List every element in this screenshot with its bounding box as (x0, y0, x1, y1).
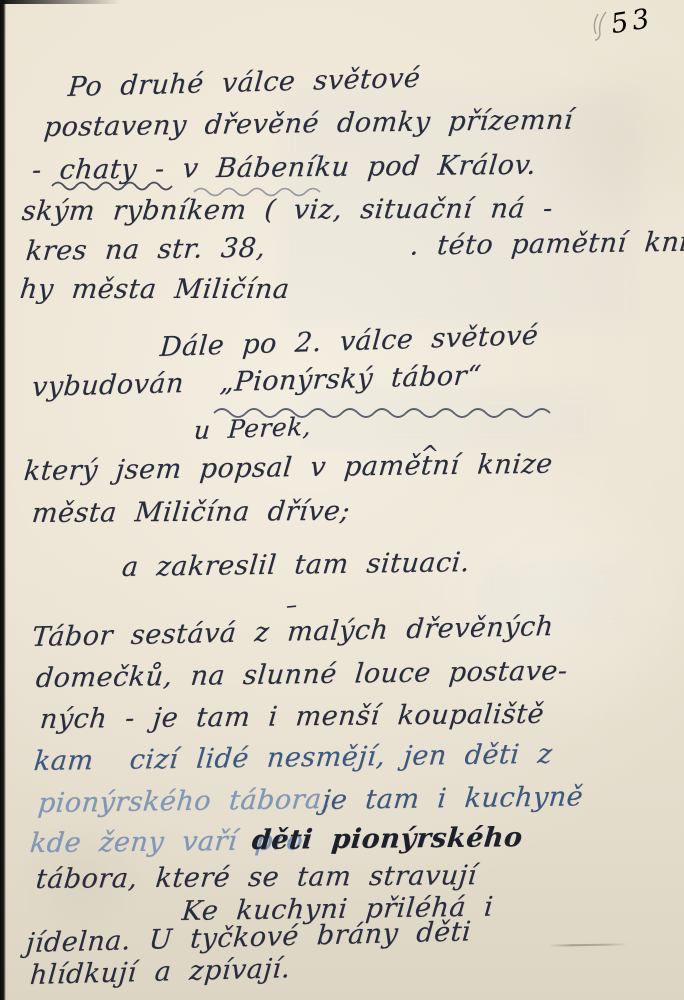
handwritten-line: děti pionýrského (251, 822, 525, 856)
handwritten-line: a zakreslil tam situaci. (121, 547, 472, 583)
handwritten-line: jídelna. U tyčkové brány děti (25, 916, 473, 959)
handwritten-line: kam cizí lidé nesmějí, jen děti z (33, 739, 554, 777)
handwritten-line: – (286, 593, 297, 619)
handwritten-line: kres na str. 38, . této pamětní kni- (25, 227, 684, 267)
handwritten-line: Tábor sestává z malých dřevěných (31, 611, 555, 653)
pencil-line (548, 943, 628, 946)
handwritten-line: ským rybníkem ( viz, situační ná - (20, 193, 554, 227)
handwritten-line: hy města Miličína (18, 274, 291, 305)
handwritten-line: který jsem popsal v pamětní knize (23, 449, 554, 487)
handwritten-line: pionýrského tábora, (37, 784, 333, 819)
pen-smudge-mark (578, 10, 614, 46)
handwritten-line: ^ (419, 442, 441, 467)
handwritten-line: - chaty - v Bábeníku pod Králov. (31, 150, 538, 186)
handwritten-line: Dále po 2. válce světové (159, 320, 540, 363)
handwritten-line: ných - je tam i menší koupaliště (39, 699, 546, 735)
handwritten-line: města Miličína dříve; (30, 496, 351, 529)
ink-showthrough (300, 388, 600, 450)
handwritten-line: je tam i kuchyně (321, 781, 585, 816)
handwritten-line: vybudován „Pionýrský tábor“ (31, 360, 483, 403)
scan-edge-left (0, 0, 6, 1000)
handwritten-line: domečků, na slunné louce postave- (35, 656, 569, 694)
handwritten-line: u Perek, (193, 412, 312, 445)
page-number: 53 (609, 3, 656, 40)
handwritten-line: tábora, které se tam stravují (35, 860, 479, 895)
manuscript-page: 53 Po druhé válce světovépostaveny dřevě… (0, 0, 684, 1000)
handwritten-line: postaveny dřevěné domky přízemní (43, 105, 575, 143)
handwritten-line: hlídkují a zpívají. (29, 953, 292, 991)
handwritten-line: Po druhé válce světové (67, 63, 422, 103)
scan-edge-top (0, 0, 120, 4)
